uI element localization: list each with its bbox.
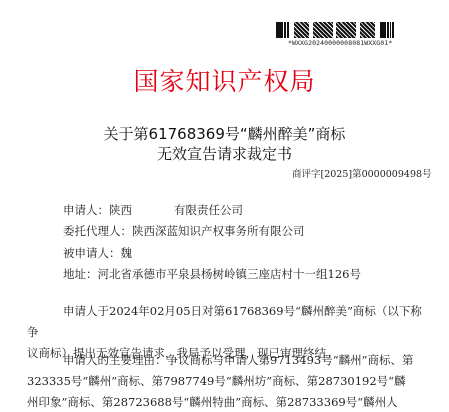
address-value: 河北省承德市平泉县杨树岭镇三座店村十一组126号 xyxy=(98,267,361,281)
document-number: 商评字[2025]第0000009498号 xyxy=(292,166,432,180)
applicant-name-prefix: 陕西 xyxy=(109,203,132,217)
document-barcode xyxy=(276,22,394,38)
barcode-text: *WXXG20240000008081WXXG01* xyxy=(288,39,392,47)
agent-line: 委托代理人：陕西深蓝知识产权事务所有限公司 xyxy=(63,223,305,239)
respondent-name: 魏 xyxy=(121,246,133,260)
paragraph-reasons: 申请人的主要理由：争议商标与申请人第9713493号“麟州”商标、第 32333… xyxy=(27,350,427,412)
para2-line3: 州印象”商标、第28723688号“麟州特曲”商标、第28733369号“麟州人 xyxy=(27,392,427,412)
agent-name: 陕西深蓝知识产权事务所有限公司 xyxy=(132,224,305,238)
applicant-name-suffix: 有限责任公司 xyxy=(174,203,243,217)
para2-line2: 323335号“麟州”商标、第7987749号“麟州坊”商标、第28730192… xyxy=(27,371,427,392)
para2-line1: 申请人的主要理由：争议商标与申请人第9713493号“麟州”商标、第 xyxy=(63,353,413,367)
address-line: 地址：河北省承德市平泉县杨树岭镇三座店村十一组126号 xyxy=(63,266,361,282)
applicant-label: 申请人： xyxy=(63,203,109,217)
applicant-line: 申请人：陕西有限责任公司 xyxy=(63,202,243,218)
document-title-line2: 无效宣告请求裁定书 xyxy=(0,143,449,164)
para1-line1: 申请人于2024年02月05日对第61768369号“麟州醉美”商标（以下称争 xyxy=(27,304,422,339)
document-title-line1: 关于第61768369号“麟州醉美”商标 xyxy=(0,123,449,144)
address-label: 地址： xyxy=(63,267,98,281)
org-name-heading: 国家知识产权局 xyxy=(0,62,449,98)
agent-label: 委托代理人： xyxy=(63,224,132,238)
respondent-label: 被申请人： xyxy=(63,246,121,260)
respondent-line: 被申请人：魏 xyxy=(63,245,132,261)
